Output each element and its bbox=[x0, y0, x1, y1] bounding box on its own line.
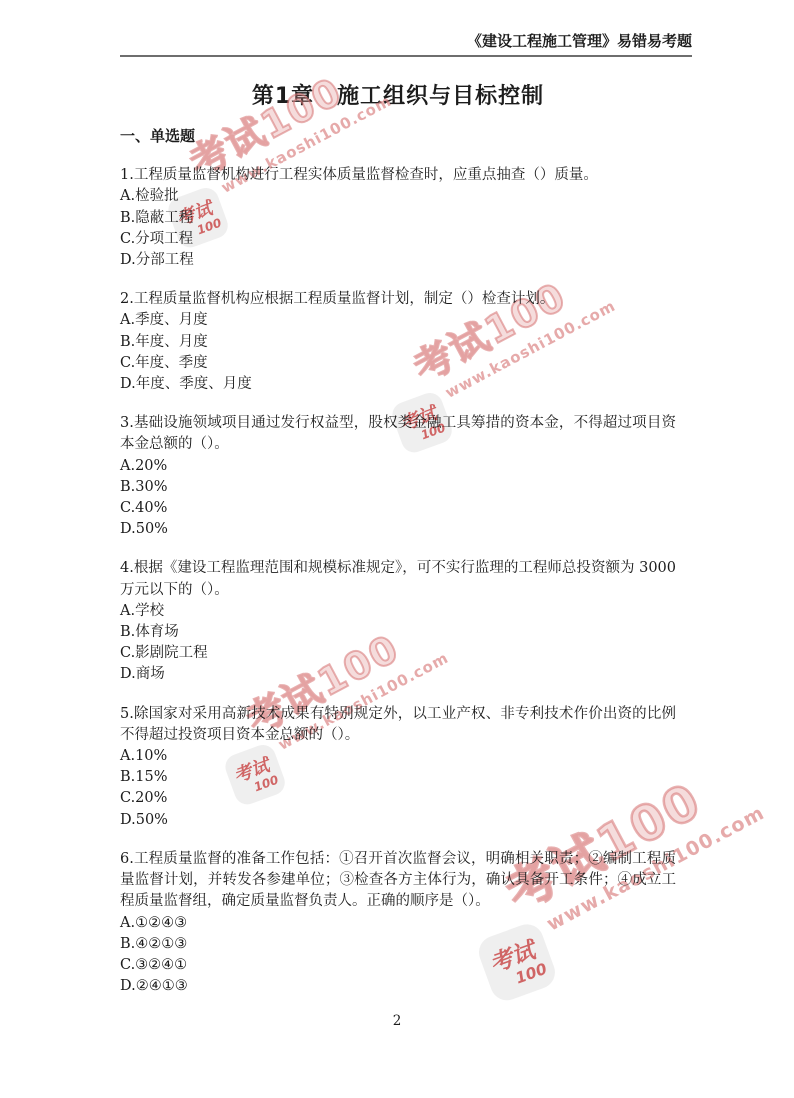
option-b: B.体育场 bbox=[120, 622, 676, 643]
option-a: A.学校 bbox=[120, 601, 676, 622]
option-d: D.年度、季度、月度 bbox=[120, 374, 676, 395]
option-c: C.影剧院工程 bbox=[120, 643, 676, 664]
footer-page-number: 2 bbox=[0, 1012, 794, 1030]
header-booklet-title: 《建设工程施工管理》易错易考题 bbox=[467, 32, 692, 50]
option-c: C.③②④① bbox=[120, 955, 676, 976]
page-content: 一、单选题 1.工程质量监督机构进行工程实体质量监督检查时，应重点抽查（）质量。… bbox=[120, 126, 676, 997]
option-c: C.分项工程 bbox=[120, 229, 676, 250]
question-3: 3.基础设施领域项目通过发行权益型，股权类金融工具筹措的资本金，不得超过项目资本… bbox=[120, 413, 676, 540]
option-b: B.15% bbox=[120, 767, 676, 788]
option-d: D.②④①③ bbox=[120, 976, 676, 997]
section-title: 一、单选题 bbox=[120, 126, 676, 147]
question-5: 5.除国家对采用高新技术成果有特别规定外，以工业产权、非专利技术作价出资的比例不… bbox=[120, 704, 676, 831]
option-c: C.40% bbox=[120, 498, 676, 519]
option-a: A.10% bbox=[120, 746, 676, 767]
document-page: 考试100 考试 100 www.kaoshi100.com 考试100 考试 … bbox=[0, 0, 794, 1098]
option-a: A.季度、月度 bbox=[120, 310, 676, 331]
option-d: D.50% bbox=[120, 810, 676, 831]
option-b: B.30% bbox=[120, 477, 676, 498]
question-1: 1.工程质量监督机构进行工程实体质量监督检查时，应重点抽查（）质量。 A.检验批… bbox=[120, 165, 676, 271]
option-b: B.隐蔽工程 bbox=[120, 208, 676, 229]
page-header: 《建设工程施工管理》易错易考题 bbox=[120, 30, 692, 57]
question-text: 5.除国家对采用高新技术成果有特别规定外，以工业产权、非专利技术作价出资的比例不… bbox=[120, 704, 676, 746]
chapter-title: 第1章 施工组织与目标控制 bbox=[120, 82, 676, 112]
option-c: C.年度、季度 bbox=[120, 353, 676, 374]
question-text: 4.根据《建设工程监理范围和规模标准规定》，可不实行监理的工程师总投资额为 30… bbox=[120, 558, 676, 600]
option-d: D.50% bbox=[120, 519, 676, 540]
question-text: 3.基础设施领域项目通过发行权益型，股权类金融工具筹措的资本金，不得超过项目资本… bbox=[120, 413, 676, 455]
option-b: B.年度、月度 bbox=[120, 332, 676, 353]
option-c: C.20% bbox=[120, 788, 676, 809]
question-text: 1.工程质量监督机构进行工程实体质量监督检查时，应重点抽查（）质量。 bbox=[120, 165, 676, 186]
question-2: 2.工程质量监督机构应根据工程质量监督计划，制定（）检查计划。 A.季度、月度 … bbox=[120, 289, 676, 395]
option-b: B.④②①③ bbox=[120, 934, 676, 955]
question-6: 6.工程质量监督的准备工作包括：①召开首次监督会议，明确相关职责；②编制工程质量… bbox=[120, 849, 676, 997]
option-a: A.20% bbox=[120, 456, 676, 477]
question-text: 6.工程质量监督的准备工作包括：①召开首次监督会议，明确相关职责；②编制工程质量… bbox=[120, 849, 676, 913]
question-4: 4.根据《建设工程监理范围和规模标准规定》，可不实行监理的工程师总投资额为 30… bbox=[120, 558, 676, 685]
option-a: A.①②④③ bbox=[120, 913, 676, 934]
option-d: D.商场 bbox=[120, 664, 676, 685]
option-d: D.分部工程 bbox=[120, 250, 676, 271]
question-text: 2.工程质量监督机构应根据工程质量监督计划，制定（）检查计划。 bbox=[120, 289, 676, 310]
option-a: A.检验批 bbox=[120, 186, 676, 207]
